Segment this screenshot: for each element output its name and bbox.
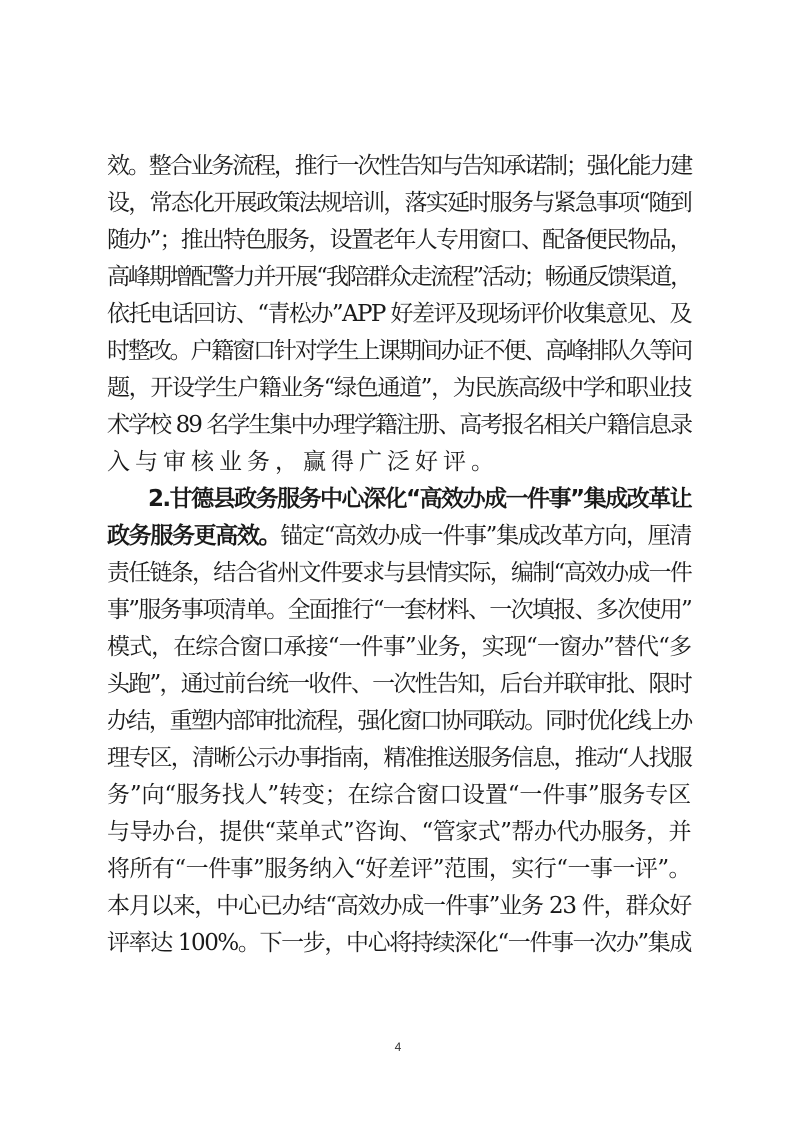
text-line: 政务服务更高效。锚定“高效办成一件事”集成改革方向，厘清 bbox=[107, 518, 691, 555]
text-line: 将所有“一件事”服务纳入“好差评”范围，实行“一事一评”。 bbox=[107, 851, 691, 888]
text-line: 本月以来，中心已办结“高效办成一件事”业务 23 件，群众好 bbox=[107, 888, 691, 925]
document-page: 效。整合业务流程，推行一次性告知与告知承诺制；强化能力建 设，常态化开展政策法规… bbox=[0, 0, 793, 1122]
text-span: 锚定“高效办成一件事”集成改革方向，厘清 bbox=[280, 523, 691, 549]
section-2: 2.甘德县政务服务中心深化“高效办成一件事”集成改革让 政务服务更高效。锚定“高… bbox=[107, 481, 691, 962]
text-line: 办结，重塑内部审批流程，强化窗口协同联动。同时优化线上办 bbox=[107, 703, 691, 740]
text-line: 与导办台，提供“菜单式”咨询、“管家式”帮办代办服务，并 bbox=[107, 814, 691, 851]
section-heading: 2.甘德县政务服务中心深化“高效办成一件事”集成改革让 bbox=[107, 481, 691, 518]
text-line: 责任链条，结合省州文件要求与县情实际，编制“高效办成一件 bbox=[107, 555, 691, 592]
text-line: 依托电话回访、“青松办”APP 好差评及现场评价收集意见、及 bbox=[107, 296, 691, 333]
page-number: 4 bbox=[390, 1040, 406, 1054]
text-line: 入与审核业务，赢得广泛好评。 bbox=[107, 444, 691, 481]
paragraph-1: 效。整合业务流程，推行一次性告知与告知承诺制；强化能力建 设，常态化开展政策法规… bbox=[107, 148, 691, 481]
text-line: 高峰期增配警力并开展“我陪群众走流程”活动；畅通反馈渠道， bbox=[107, 259, 691, 296]
text-line: 头跑”，通过前台统一收件、一次性告知，后台并联审批、限时 bbox=[107, 666, 691, 703]
text-line: 理专区，清晰公示办事指南，精准推送服务信息，推动“人找服 bbox=[107, 740, 691, 777]
text-line: 务”向“服务找人”转变；在综合窗口设置“一件事”服务专区 bbox=[107, 777, 691, 814]
section-heading-end: 政务服务更高效。 bbox=[107, 523, 280, 549]
text-line: 效。整合业务流程，推行一次性告知与告知承诺制；强化能力建 bbox=[107, 148, 691, 185]
text-line: 评率达 100%。下一步，中心将持续深化“一件事一次办”集成 bbox=[107, 925, 691, 962]
text-line: 随办”；推出特色服务，设置老年人专用窗口、配备便民物品， bbox=[107, 222, 691, 259]
document-body: 效。整合业务流程，推行一次性告知与告知承诺制；强化能力建 设，常态化开展政策法规… bbox=[107, 148, 691, 962]
text-line: 术学校 89 名学生集中办理学籍注册、高考报名相关户籍信息录 bbox=[107, 407, 691, 444]
text-line: 题，开设学生户籍业务“绿色通道”，为民族高级中学和职业技 bbox=[107, 370, 691, 407]
text-line: 时整改。户籍窗口针对学生上课期间办证不便、高峰排队久等问 bbox=[107, 333, 691, 370]
text-line: 设，常态化开展政策法规培训，落实延时服务与紧急事项“随到 bbox=[107, 185, 691, 222]
text-line: 模式，在综合窗口承接“一件事”业务，实现“一窗办”替代“多 bbox=[107, 629, 691, 666]
text-line: 事”服务事项清单。全面推行“一套材料、一次填报、多次使用” bbox=[107, 592, 691, 629]
